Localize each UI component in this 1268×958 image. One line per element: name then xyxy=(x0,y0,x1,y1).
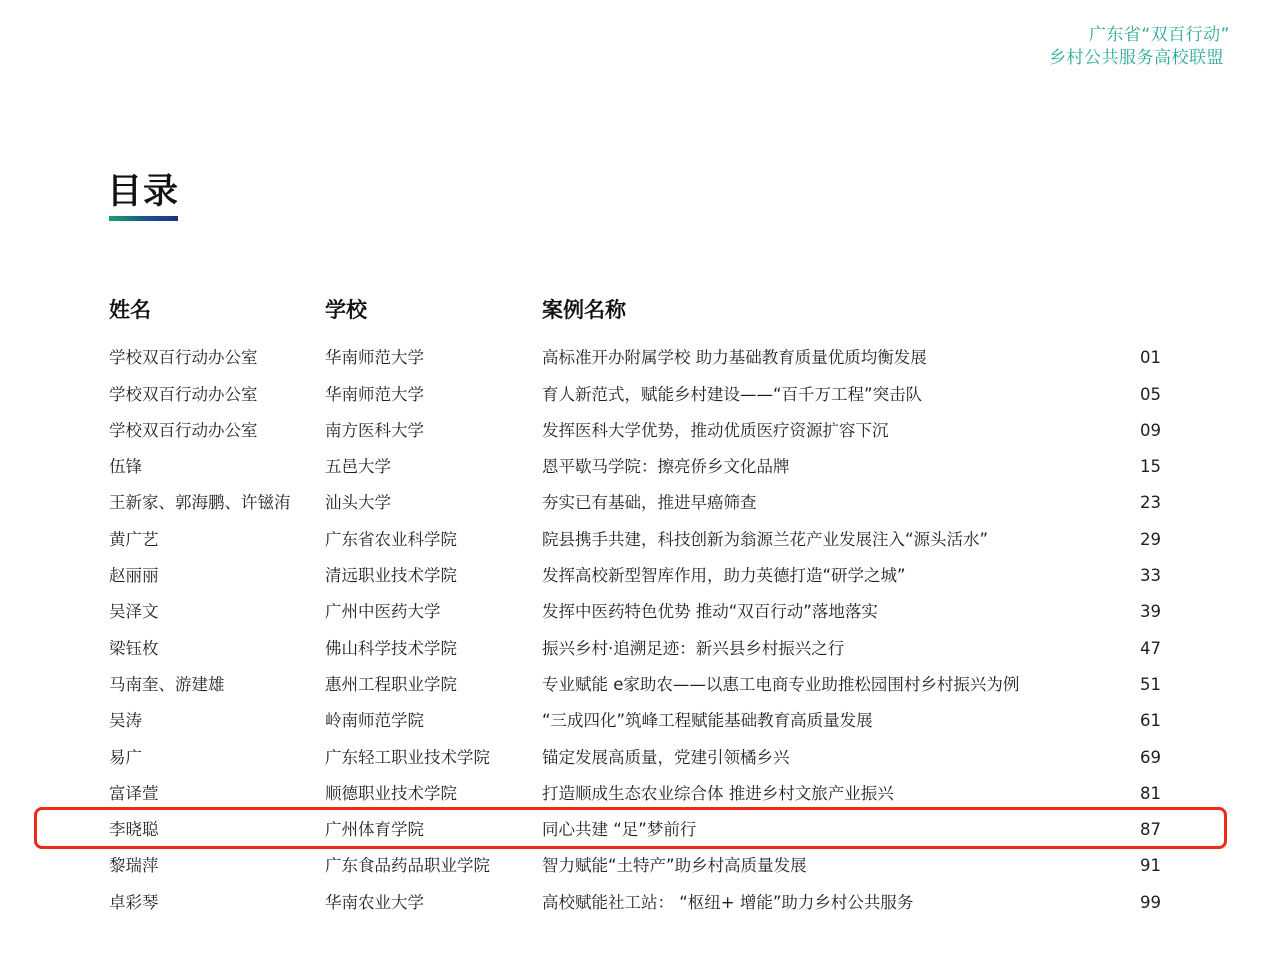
case-title: “三成四化”筑峰工程赋能基础教育高质量发展 xyxy=(542,710,873,732)
toc-row[interactable]: 学校双百行动办公室 华南师范大学 育人新范式，赋能乡村建设——“百千万工程”突击… xyxy=(0,384,1268,420)
page-number: 99 xyxy=(1140,892,1161,914)
author-name: 吴涛 xyxy=(109,710,142,732)
school-name: 华南师范大学 xyxy=(325,384,424,406)
school-name: 广州中医药大学 xyxy=(325,601,441,623)
page-number: 87 xyxy=(1140,819,1161,841)
case-title: 恩平歇马学院：擦亮侨乡文化品牌 xyxy=(542,456,790,478)
toc-row[interactable]: 梁钰枚 佛山科学技术学院 振兴乡村·追溯足迹：新兴县乡村振兴之行 47 xyxy=(0,638,1268,674)
page-number: 33 xyxy=(1140,565,1161,587)
page-number: 09 xyxy=(1140,420,1161,442)
author-name: 黎瑞萍 xyxy=(109,855,159,877)
case-title: 夯实已有基础，推进早癌筛查 xyxy=(542,492,757,514)
toc-row[interactable]: 学校双百行动办公室 华南师范大学 高标准开办附属学校 助力基础教育质量优质均衡发… xyxy=(0,347,1268,383)
page-number: 05 xyxy=(1140,384,1161,406)
page-title: 目录 xyxy=(107,164,179,214)
school-name: 顺德职业技术学院 xyxy=(325,783,457,805)
author-name: 伍锋 xyxy=(109,456,142,478)
toc-row[interactable]: 吴泽文 广州中医药大学 发挥中医药特色优势 推动“双百行动”落地落实 39 xyxy=(0,601,1268,637)
toc-row[interactable]: 伍锋 五邑大学 恩平歇马学院：擦亮侨乡文化品牌 15 xyxy=(0,456,1268,492)
page-number: 15 xyxy=(1140,456,1161,478)
page-number: 51 xyxy=(1140,674,1161,696)
page-number: 47 xyxy=(1140,638,1161,660)
author-name: 李晓聪 xyxy=(109,819,159,841)
case-title: 育人新范式，赋能乡村建设——“百千万工程”突击队 xyxy=(542,384,922,406)
author-name: 学校双百行动办公室 xyxy=(109,420,258,442)
author-name: 王新家、郭海鹏、许镃洧 xyxy=(109,492,291,514)
school-name: 汕头大学 xyxy=(325,492,391,514)
case-title: 发挥中医药特色优势 推动“双百行动”落地落实 xyxy=(542,601,878,623)
header-school: 学校 xyxy=(325,294,367,324)
toc-row[interactable]: 学校双百行动办公室 南方医科大学 发挥医科大学优势，推动优质医疗资源扩容下沉 0… xyxy=(0,420,1268,456)
case-title: 振兴乡村·追溯足迹：新兴县乡村振兴之行 xyxy=(542,638,844,660)
case-title: 院县携手共建，科技创新为翁源兰花产业发展注入“源头活水” xyxy=(542,529,988,551)
author-name: 易广 xyxy=(109,747,142,769)
page-number: 29 xyxy=(1140,529,1161,551)
author-name: 卓彩琴 xyxy=(109,892,159,914)
school-name: 佛山科学技术学院 xyxy=(325,638,457,660)
alliance-brand: 广东省“双百行动” 乡村公共服务高校联盟 xyxy=(1049,24,1224,70)
toc-row[interactable]: 卓彩琴 华南农业大学 高校赋能社工站： “枢纽+ 增能”助力乡村公共服务 99 xyxy=(0,892,1268,928)
page-number: 91 xyxy=(1140,855,1161,877)
author-name: 学校双百行动办公室 xyxy=(109,347,258,369)
toc-row[interactable]: 王新家、郭海鹏、许镃洧 汕头大学 夯实已有基础，推进早癌筛查 23 xyxy=(0,492,1268,528)
author-name: 富译萱 xyxy=(109,783,159,805)
school-name: 五邑大学 xyxy=(325,456,391,478)
toc-row[interactable]: 黄广艺 广东省农业科学院 院县携手共建，科技创新为翁源兰花产业发展注入“源头活水… xyxy=(0,529,1268,565)
toc-row-highlighted[interactable]: 李晓聪 广州体育学院 同心共建 “足”梦前行 87 xyxy=(0,819,1268,855)
page-number: 69 xyxy=(1140,747,1161,769)
school-name: 广东轻工职业技术学院 xyxy=(325,747,490,769)
toc-row[interactable]: 吴涛 岭南师范学院 “三成四化”筑峰工程赋能基础教育高质量发展 61 xyxy=(0,710,1268,746)
school-name: 岭南师范学院 xyxy=(325,710,424,732)
case-title: 锚定发展高质量，党建引领橘乡兴 xyxy=(542,747,790,769)
author-name: 赵丽丽 xyxy=(109,565,159,587)
school-name: 南方医科大学 xyxy=(325,420,424,442)
header-name: 姓名 xyxy=(109,294,151,324)
page-number: 81 xyxy=(1140,783,1161,805)
school-name: 广东省农业科学院 xyxy=(325,529,457,551)
header-case: 案例名称 xyxy=(542,294,626,324)
toc-row[interactable]: 马南奎、游建雄 惠州工程职业学院 专业赋能 e家助农——以惠工电商专业助推松园围… xyxy=(0,674,1268,710)
case-title: 高校赋能社工站： “枢纽+ 增能”助力乡村公共服务 xyxy=(542,892,913,914)
toc-row[interactable]: 富译萱 顺德职业技术学院 打造顺成生态农业综合体 推进乡村文旅产业振兴 81 xyxy=(0,783,1268,819)
case-title: 发挥高校新型智库作用，助力英德打造“研学之城” xyxy=(542,565,906,587)
school-name: 广东食品药品职业学院 xyxy=(325,855,490,877)
school-name: 华南师范大学 xyxy=(325,347,424,369)
case-title: 同心共建 “足”梦前行 xyxy=(542,819,696,841)
case-title: 智力赋能“土特产”助乡村高质量发展 xyxy=(542,855,807,877)
page-number: 39 xyxy=(1140,601,1161,623)
toc-row[interactable]: 赵丽丽 清远职业技术学院 发挥高校新型智库作用，助力英德打造“研学之城” 33 xyxy=(0,565,1268,601)
toc-row[interactable]: 易广 广东轻工职业技术学院 锚定发展高质量，党建引领橘乡兴 69 xyxy=(0,747,1268,783)
author-name: 梁钰枚 xyxy=(109,638,159,660)
school-name: 清远职业技术学院 xyxy=(325,565,457,587)
author-name: 马南奎、游建雄 xyxy=(109,674,225,696)
toc-row[interactable]: 黎瑞萍 广东食品药品职业学院 智力赋能“土特产”助乡村高质量发展 91 xyxy=(0,855,1268,891)
case-title: 高标准开办附属学校 助力基础教育质量优质均衡发展 xyxy=(542,347,927,369)
case-title: 专业赋能 e家助农——以惠工电商专业助推松园围村乡村振兴为例 xyxy=(542,674,1019,696)
author-name: 学校双百行动办公室 xyxy=(109,384,258,406)
author-name: 黄广艺 xyxy=(109,529,159,551)
page-number: 61 xyxy=(1140,710,1161,732)
title-underline xyxy=(109,216,178,221)
school-name: 惠州工程职业学院 xyxy=(325,674,457,696)
case-title: 打造顺成生态农业综合体 推进乡村文旅产业振兴 xyxy=(542,783,894,805)
brand-line-2: 乡村公共服务高校联盟 xyxy=(1049,47,1224,70)
school-name: 广州体育学院 xyxy=(325,819,424,841)
brand-line-1: 广东省“双百行动” xyxy=(1049,24,1230,47)
page-number: 23 xyxy=(1140,492,1161,514)
author-name: 吴泽文 xyxy=(109,601,159,623)
case-title: 发挥医科大学优势，推动优质医疗资源扩容下沉 xyxy=(542,420,889,442)
page-number: 01 xyxy=(1140,347,1161,369)
school-name: 华南农业大学 xyxy=(325,892,424,914)
